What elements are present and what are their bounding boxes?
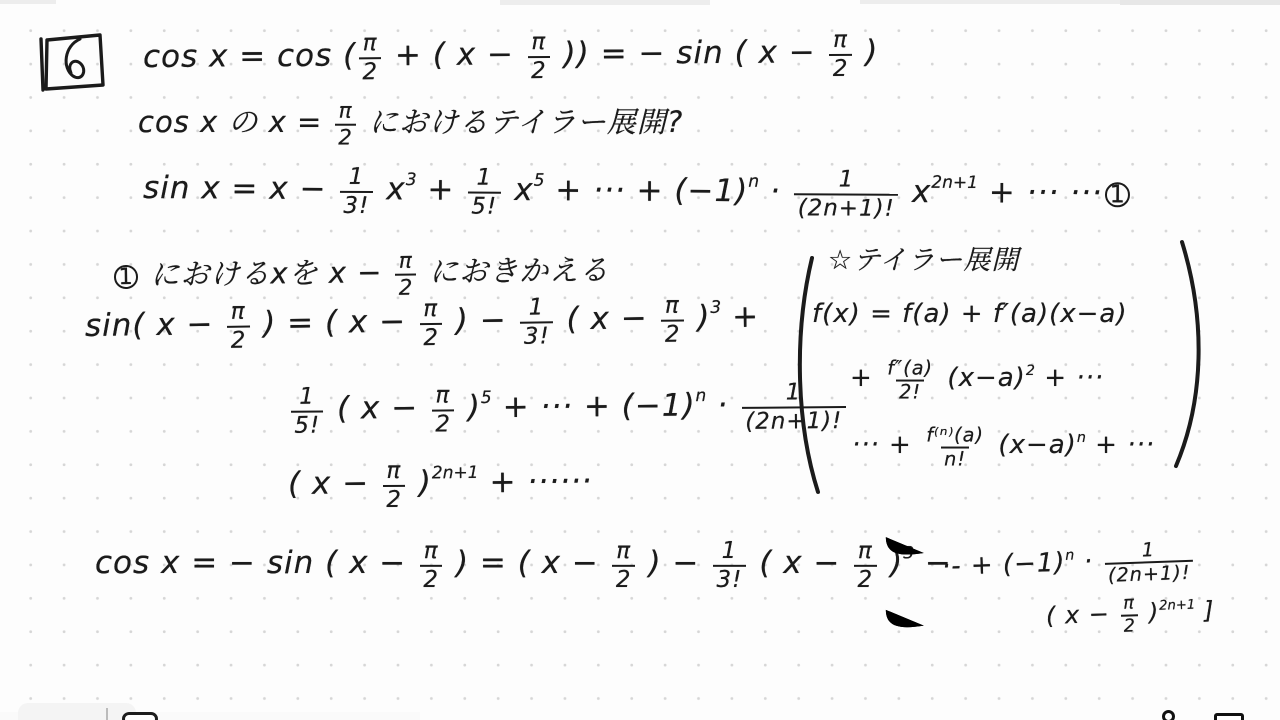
top-strip: [860, 0, 1122, 4]
video-frame: cos x = cos (π2 + ( x − π2 )) = − sin ( …: [0, 0, 1280, 720]
problem-box-icon: [34, 26, 112, 98]
toolbar-left-panel: [18, 703, 136, 720]
page-icon[interactable]: [1214, 713, 1244, 720]
line-cos-result-cont2: ( x − π2 )2n+1 ]: [1045, 591, 1215, 637]
toolbar-divider: [106, 708, 108, 720]
top-strip: [500, 0, 710, 5]
line-cos-result-cont: ·‑ + (−1)n · 1(2n+1)!: [941, 537, 1196, 589]
top-strip: [0, 0, 56, 4]
pen-case-icon[interactable]: [122, 712, 158, 720]
top-strip: [1120, 0, 1280, 5]
overlay-caption: [302, 498, 952, 670]
line-cos-identity: cos x = cos (π2 + ( x − π2 )) = − sin ( …: [143, 27, 879, 84]
line-sin-series: sin x = x − 13! x3 + 15! x5 + ··· + (−1)…: [143, 163, 1133, 220]
line-sin-shifted-2: 15! ( x − π2 )5 + ··· + (−1)n · 1(2n+1)!: [288, 379, 849, 435]
line-taylor-question: cos x の x = π2 におけるテイラー展開?: [138, 99, 683, 147]
line-substitute: 1 におけるxを x − π2 におきかえる: [112, 247, 610, 301]
taylor-note-parens: [778, 228, 1208, 508]
shape-circle-icon[interactable]: [1162, 710, 1175, 720]
line-sin-shifted: sin( x − π2 ) = ( x − π2 ) − 13! ( x − π…: [85, 292, 760, 353]
